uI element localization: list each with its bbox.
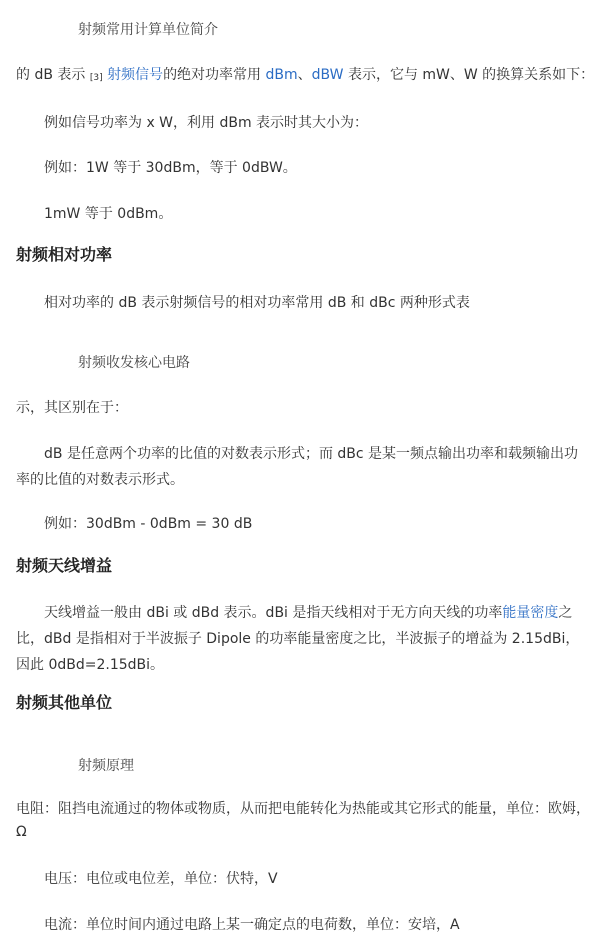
paragraph-resistance: 电阻：阻挡电流通过的物体或物质，从而把电能转化为热能或其它形式的能量，单位：欧姆… (16, 799, 590, 819)
paragraph-example-1mw: 1mW 等于 0dBm。 (44, 204, 172, 224)
paragraph-example-30db: 例如：30dBm - 0dBm = 30 dB (44, 514, 252, 534)
reference-link[interactable]: [3] (90, 73, 103, 83)
paragraph-resistance-unit: Ω (16, 822, 27, 842)
heading-relative-power: 射频相对功率 (16, 245, 112, 265)
text: 的绝对功率常用 (163, 67, 261, 83)
link-dbw[interactable]: dBW (312, 67, 344, 83)
text: 表示，它与 mW、W 的换算关系如下： (348, 67, 594, 83)
paragraph-absolute-power: 的 dB 表示 [3] 射频信号的绝对功率常用 dBm、dBW 表示，它与 mW… (16, 65, 594, 87)
image-caption-rf-principle: 射频原理 (78, 756, 134, 776)
text: 的 dB 表示 (16, 67, 85, 83)
paragraph-example-1w: 例如：1W 等于 30dBm，等于 0dBW。 (44, 158, 297, 178)
text: 、 (298, 67, 312, 83)
link-rf-signal[interactable]: 射频信号 (107, 67, 163, 83)
paragraph-db-dbc: dB 是任意两个功率的比值的对数表示形式；而 dBc 是某一频点输出功率和载频输… (16, 441, 588, 493)
paragraph-relative-intro: 相对功率的 dB 表示射频信号的相对功率常用 dB 和 dBc 两种形式表 (44, 293, 470, 313)
image-caption-rf-circuit: 射频收发核心电路 (78, 353, 190, 373)
text: 天线增益一般由 dBi 或 dBd 表示。dBi 是指天线相对于无方向天线的功率 (44, 605, 502, 621)
paragraph-difference: 示，其区别在于： (16, 398, 128, 418)
image-caption-units: 射频常用计算单位简介 (78, 20, 218, 40)
paragraph-example-x: 例如信号功率为 x W，利用 dBm 表示时其大小为： (44, 113, 368, 133)
paragraph-current: 电流：单位时间内通过电路上某一确定点的电荷数，单位：安培，A (44, 915, 460, 935)
paragraph-antenna-gain: 天线增益一般由 dBi 或 dBd 表示。dBi 是指天线相对于无方向天线的功率… (16, 600, 588, 678)
link-energy-density[interactable]: 能量密度 (502, 605, 558, 621)
link-dbm[interactable]: dBm (266, 67, 298, 83)
heading-antenna-gain: 射频天线增益 (16, 556, 112, 576)
paragraph-voltage: 电压：电位或电位差，单位：伏特，V (44, 869, 278, 889)
heading-other-units: 射频其他单位 (16, 693, 112, 713)
